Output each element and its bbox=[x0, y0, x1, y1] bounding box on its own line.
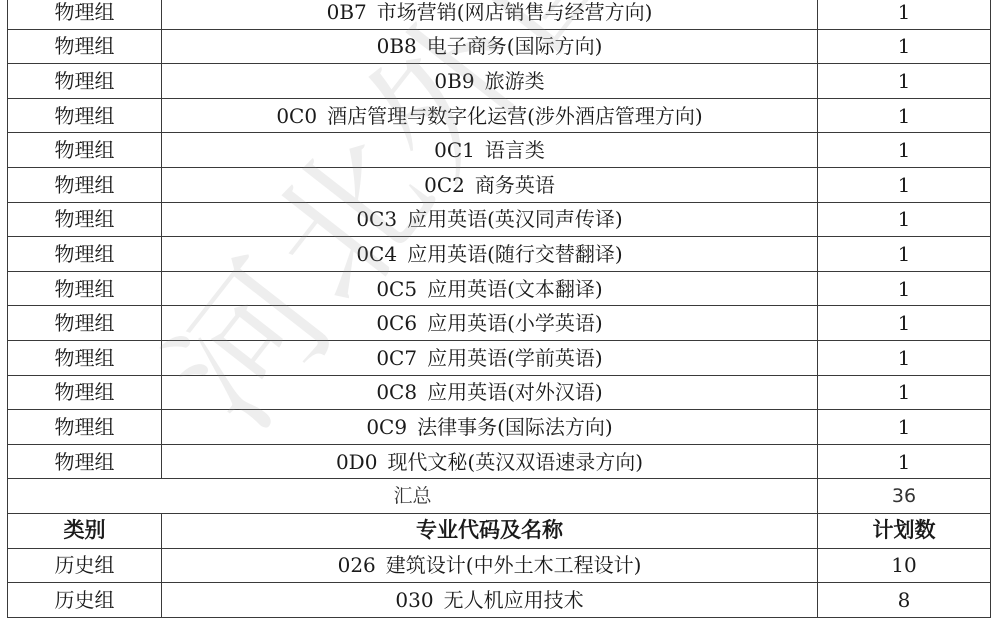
table-row: 物理组 0B8电子商务(国际方向) 1 bbox=[8, 29, 991, 64]
count-cell: 1 bbox=[818, 29, 991, 64]
major-code: 0C2 bbox=[424, 173, 465, 197]
count-cell: 1 bbox=[818, 375, 991, 410]
count-cell: 1 bbox=[818, 237, 991, 272]
header-category: 类别 bbox=[8, 513, 162, 548]
major-name: 市场营销(网店销售与经营方向) bbox=[377, 0, 653, 24]
major-code: 030 bbox=[395, 588, 433, 612]
major-cell: 0B8电子商务(国际方向) bbox=[162, 29, 818, 64]
count-cell: 1 bbox=[818, 64, 991, 99]
major-name: 商务英语 bbox=[475, 173, 555, 197]
major-name: 建筑设计(中外土木工程设计) bbox=[386, 553, 642, 577]
table-row: 历史组 026建筑设计(中外土木工程设计) 10 bbox=[8, 548, 991, 583]
category-cell: 物理组 bbox=[8, 237, 162, 272]
major-cell: 0C6应用英语(小学英语) bbox=[162, 306, 818, 341]
total-value: 36 bbox=[818, 479, 991, 514]
category-cell: 历史组 bbox=[8, 583, 162, 618]
table-row: 物理组 0C9法律事务(国际法方向) 1 bbox=[8, 410, 991, 445]
count-cell: 1 bbox=[818, 98, 991, 133]
count-cell: 1 bbox=[818, 410, 991, 445]
major-code: 0C4 bbox=[356, 242, 397, 266]
major-name: 应用英语(小学英语) bbox=[427, 311, 603, 335]
major-cell: 0C9法律事务(国际法方向) bbox=[162, 410, 818, 445]
major-name: 应用英语(对外汉语) bbox=[427, 380, 603, 404]
major-name: 旅游类 bbox=[485, 69, 545, 93]
count-cell: 1 bbox=[818, 202, 991, 237]
table-row: 物理组 0C0酒店管理与数字化运营(涉外酒店管理方向) 1 bbox=[8, 98, 991, 133]
category-cell: 物理组 bbox=[8, 375, 162, 410]
category-cell: 物理组 bbox=[8, 444, 162, 479]
category-cell: 物理组 bbox=[8, 64, 162, 99]
major-name: 应用英语(英汉同声传译) bbox=[407, 207, 623, 231]
category-cell: 物理组 bbox=[8, 410, 162, 445]
major-code: 0B7 bbox=[327, 0, 367, 24]
major-cell: 0C4应用英语(随行交替翻译) bbox=[162, 237, 818, 272]
count-cell: 1 bbox=[818, 444, 991, 479]
category-cell: 物理组 bbox=[8, 340, 162, 375]
enrollment-plan-table: 物理组 0B7市场营销(网店销售与经营方向) 1 物理组 0B8电子商务(国际方… bbox=[7, 0, 991, 618]
major-code: 0C7 bbox=[376, 346, 417, 370]
table-row: 物理组 0C1语言类 1 bbox=[8, 133, 991, 168]
major-name: 应用英语(随行交替翻译) bbox=[407, 242, 623, 266]
major-code: 0C9 bbox=[366, 415, 407, 439]
total-label: 汇总 bbox=[8, 479, 818, 514]
header-major: 专业代码及名称 bbox=[162, 513, 818, 548]
category-cell: 历史组 bbox=[8, 548, 162, 583]
table-row: 物理组 0C3应用英语(英汉同声传译) 1 bbox=[8, 202, 991, 237]
major-name: 无人机应用技术 bbox=[444, 588, 584, 612]
count-cell: 1 bbox=[818, 271, 991, 306]
table-row: 物理组 0C4应用英语(随行交替翻译) 1 bbox=[8, 237, 991, 272]
count-cell: 10 bbox=[818, 548, 991, 583]
major-cell: 0C1语言类 bbox=[162, 133, 818, 168]
major-cell: 0C0酒店管理与数字化运营(涉外酒店管理方向) bbox=[162, 98, 818, 133]
table-row: 物理组 0B9旅游类 1 bbox=[8, 64, 991, 99]
count-cell: 1 bbox=[818, 133, 991, 168]
major-cell: 0C5应用英语(文本翻译) bbox=[162, 271, 818, 306]
count-cell: 1 bbox=[818, 340, 991, 375]
major-cell: 0B9旅游类 bbox=[162, 64, 818, 99]
major-code: 0B8 bbox=[377, 34, 417, 58]
table-row: 物理组 0C7应用英语(学前英语) 1 bbox=[8, 340, 991, 375]
major-cell: 0C7应用英语(学前英语) bbox=[162, 340, 818, 375]
count-cell: 8 bbox=[818, 583, 991, 618]
category-cell: 物理组 bbox=[8, 271, 162, 306]
table-row: 物理组 0D0现代文秘(英汉双语速录方向) 1 bbox=[8, 444, 991, 479]
table-row: 物理组 0C2商务英语 1 bbox=[8, 167, 991, 202]
major-code: 0C5 bbox=[376, 277, 417, 301]
total-row: 汇总 36 bbox=[8, 479, 991, 514]
major-cell: 026建筑设计(中外土木工程设计) bbox=[162, 548, 818, 583]
major-code: 0C1 bbox=[434, 138, 475, 162]
category-cell: 物理组 bbox=[8, 98, 162, 133]
count-cell: 1 bbox=[818, 0, 991, 29]
table-header-row: 类别 专业代码及名称 计划数 bbox=[8, 513, 991, 548]
major-name: 现代文秘(英汉双语速录方向) bbox=[387, 450, 643, 474]
document-page: 物理组 0B7市场营销(网店销售与经营方向) 1 物理组 0B8电子商务(国际方… bbox=[0, 0, 1005, 638]
major-cell: 0B7市场营销(网店销售与经营方向) bbox=[162, 0, 818, 29]
table-row: 历史组 030无人机应用技术 8 bbox=[8, 583, 991, 618]
major-name: 酒店管理与数字化运营(涉外酒店管理方向) bbox=[327, 104, 703, 128]
major-cell: 030无人机应用技术 bbox=[162, 583, 818, 618]
major-cell: 0D0现代文秘(英汉双语速录方向) bbox=[162, 444, 818, 479]
major-code: 0C8 bbox=[376, 380, 417, 404]
table-row: 物理组 0C5应用英语(文本翻译) 1 bbox=[8, 271, 991, 306]
major-name: 电子商务(国际方向) bbox=[427, 34, 603, 58]
major-code: 0D0 bbox=[336, 450, 377, 474]
category-cell: 物理组 bbox=[8, 0, 162, 29]
header-count: 计划数 bbox=[818, 513, 991, 548]
table-row: 物理组 0C8应用英语(对外汉语) 1 bbox=[8, 375, 991, 410]
table-row: 物理组 0B7市场营销(网店销售与经营方向) 1 bbox=[8, 0, 991, 29]
category-cell: 物理组 bbox=[8, 202, 162, 237]
major-name: 应用英语(学前英语) bbox=[427, 346, 603, 370]
major-code: 0C6 bbox=[376, 311, 417, 335]
major-code: 0C0 bbox=[276, 104, 317, 128]
major-name: 应用英语(文本翻译) bbox=[427, 277, 603, 301]
major-code: 0C3 bbox=[356, 207, 397, 231]
major-cell: 0C2商务英语 bbox=[162, 167, 818, 202]
category-cell: 物理组 bbox=[8, 306, 162, 341]
count-cell: 1 bbox=[818, 306, 991, 341]
count-cell: 1 bbox=[818, 167, 991, 202]
table-row: 物理组 0C6应用英语(小学英语) 1 bbox=[8, 306, 991, 341]
category-cell: 物理组 bbox=[8, 167, 162, 202]
major-code: 0B9 bbox=[434, 69, 474, 93]
major-name: 语言类 bbox=[485, 138, 545, 162]
major-code: 026 bbox=[338, 553, 376, 577]
category-cell: 物理组 bbox=[8, 29, 162, 64]
major-cell: 0C8应用英语(对外汉语) bbox=[162, 375, 818, 410]
category-cell: 物理组 bbox=[8, 133, 162, 168]
major-name: 法律事务(国际法方向) bbox=[417, 415, 613, 439]
major-cell: 0C3应用英语(英汉同声传译) bbox=[162, 202, 818, 237]
